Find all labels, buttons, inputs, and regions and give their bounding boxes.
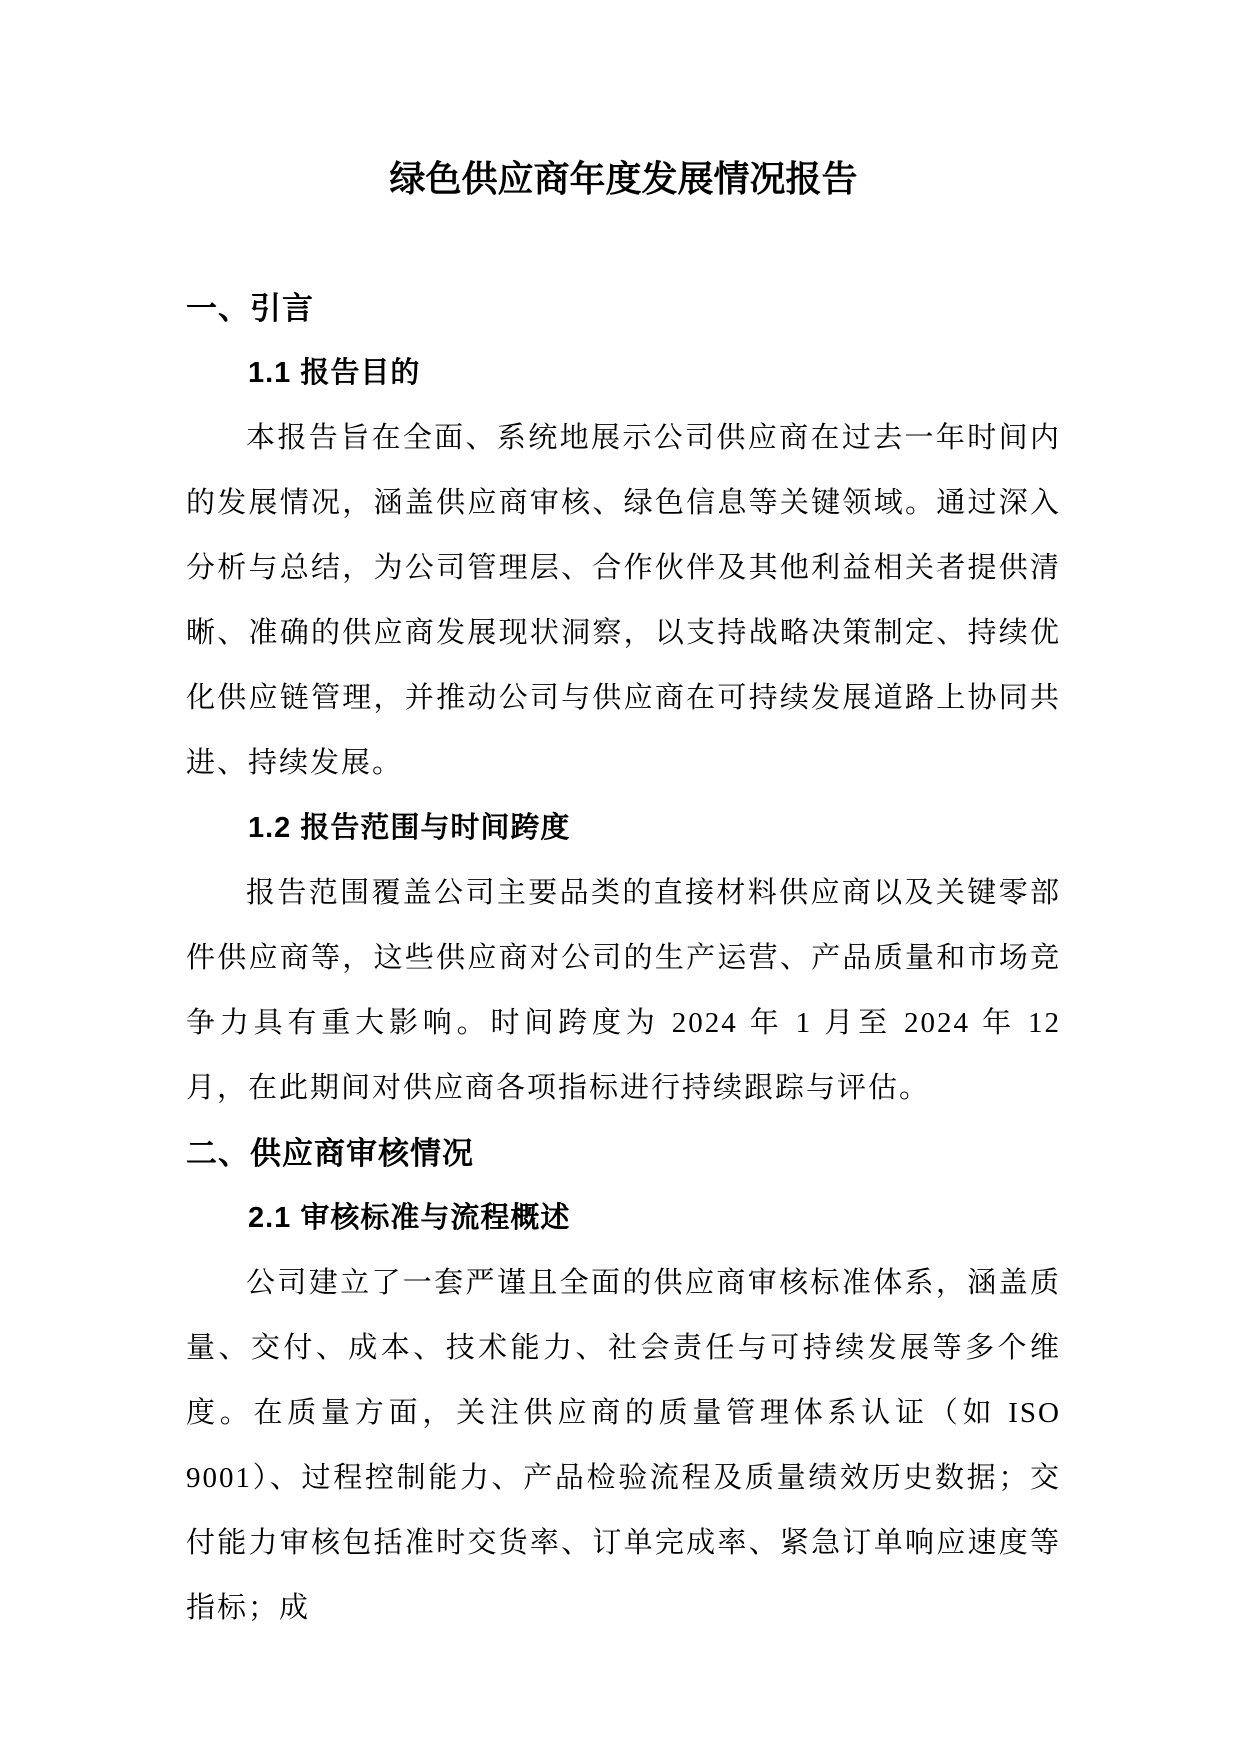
subsection-heading-1-2: 1.2 报告范围与时间跨度 xyxy=(186,796,1061,861)
paragraph-audit-standards: 公司建立了一套严谨且全面的供应商审核标准体系，涵盖质量、交付、成本、技术能力、社… xyxy=(186,1251,1061,1641)
section-heading-2: 二、供应商审核情况 xyxy=(186,1121,1061,1186)
document-page: 绿色供应商年度发展情况报告 一、引言 1.1 报告目的 本报告旨在全面、系统地展… xyxy=(0,0,1241,1754)
document-content: 绿色供应商年度发展情况报告 一、引言 1.1 报告目的 本报告旨在全面、系统地展… xyxy=(0,0,1241,1641)
paragraph-purpose: 本报告旨在全面、系统地展示公司供应商在过去一年时间内的发展情况，涵盖供应商审核、… xyxy=(186,406,1061,796)
document-title: 绿色供应商年度发展情况报告 xyxy=(186,146,1061,211)
paragraph-scope: 报告范围覆盖公司主要品类的直接材料供应商以及关键零部件供应商等，这些供应商对公司… xyxy=(186,861,1061,1121)
section-heading-1: 一、引言 xyxy=(186,276,1061,341)
subsection-heading-2-1: 2.1 审核标准与流程概述 xyxy=(186,1186,1061,1251)
subsection-heading-1-1: 1.1 报告目的 xyxy=(186,341,1061,406)
